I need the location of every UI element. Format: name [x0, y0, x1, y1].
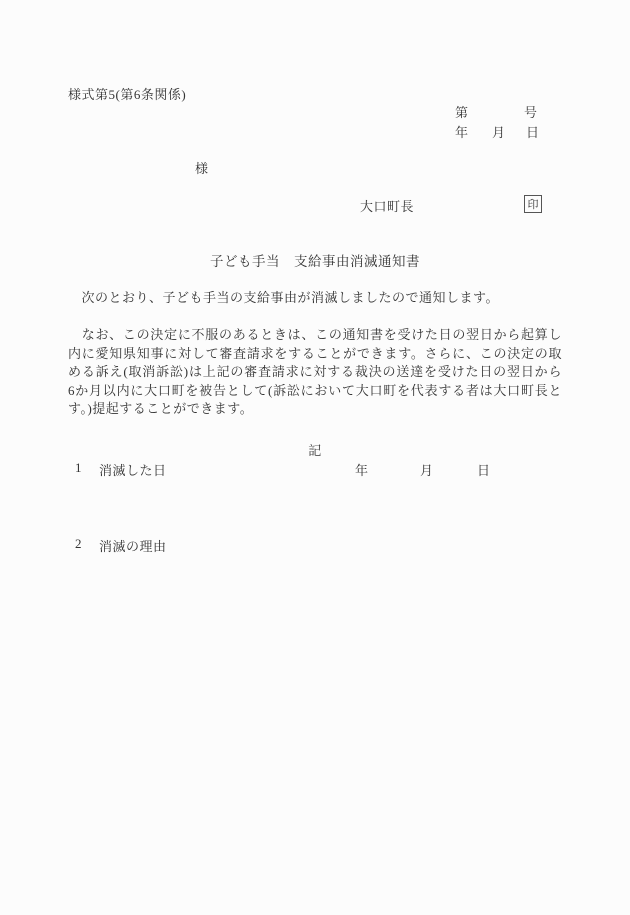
appeal-line: 内に愛知県知事に対して審査請求をすることができます。さらに、この決定の取消しを求 — [68, 345, 562, 364]
item2-label: 消滅の理由 — [99, 536, 167, 555]
intro-sentence: 次のとおり、子ども手当の支給事由が消滅しましたので通知します。 — [68, 287, 499, 306]
item1-month-label: 月 — [420, 460, 434, 479]
doc-number-prefix: 第 — [455, 102, 469, 121]
appeal-paragraph: なお、この決定に不服のあるときは、この通知書を受けた日の翌日から起算して60日以… — [68, 326, 562, 419]
appeal-line: す。)提起することができます。 — [68, 400, 562, 419]
addressee-honorific: 様 — [195, 158, 209, 177]
item1-label: 消滅した日 — [99, 460, 167, 479]
appeal-line: なお、この決定に不服のあるときは、この通知書を受けた日の翌日から起算して60日以 — [68, 326, 562, 345]
issuer-title: 大口町長 — [360, 196, 414, 215]
item1-year-label: 年 — [355, 460, 369, 479]
seal-mark: 印 — [528, 196, 539, 212]
date-month-label: 月 — [492, 122, 506, 141]
seal-placeholder: 印 — [524, 195, 542, 213]
date-day-label: 日 — [526, 122, 540, 141]
document-title: 子ども手当 支給事由消滅通知書 — [0, 250, 630, 270]
appeal-line: 6か月以内に大口町を被告として(訴訟において大口町を代表する者は大口町長となりま — [68, 382, 562, 401]
item1-day-label: 日 — [477, 460, 491, 479]
item1-number: 1 — [75, 460, 82, 476]
doc-number-suffix: 号 — [524, 102, 538, 121]
date-year-label: 年 — [455, 122, 469, 141]
item2-number: 2 — [75, 536, 82, 552]
details-heading: 記 — [0, 440, 630, 459]
appeal-line: める訴え(取消訴訟)は上記の審査請求に対する裁決の送達を受けた日の翌日から起算し… — [68, 363, 562, 382]
form-label: 様式第5(第6条関係) — [68, 84, 186, 103]
document-page: 様式第5(第6条関係) 第 号 年 月 日 様 大口町長 印 子ども手当 支給事… — [0, 0, 630, 915]
